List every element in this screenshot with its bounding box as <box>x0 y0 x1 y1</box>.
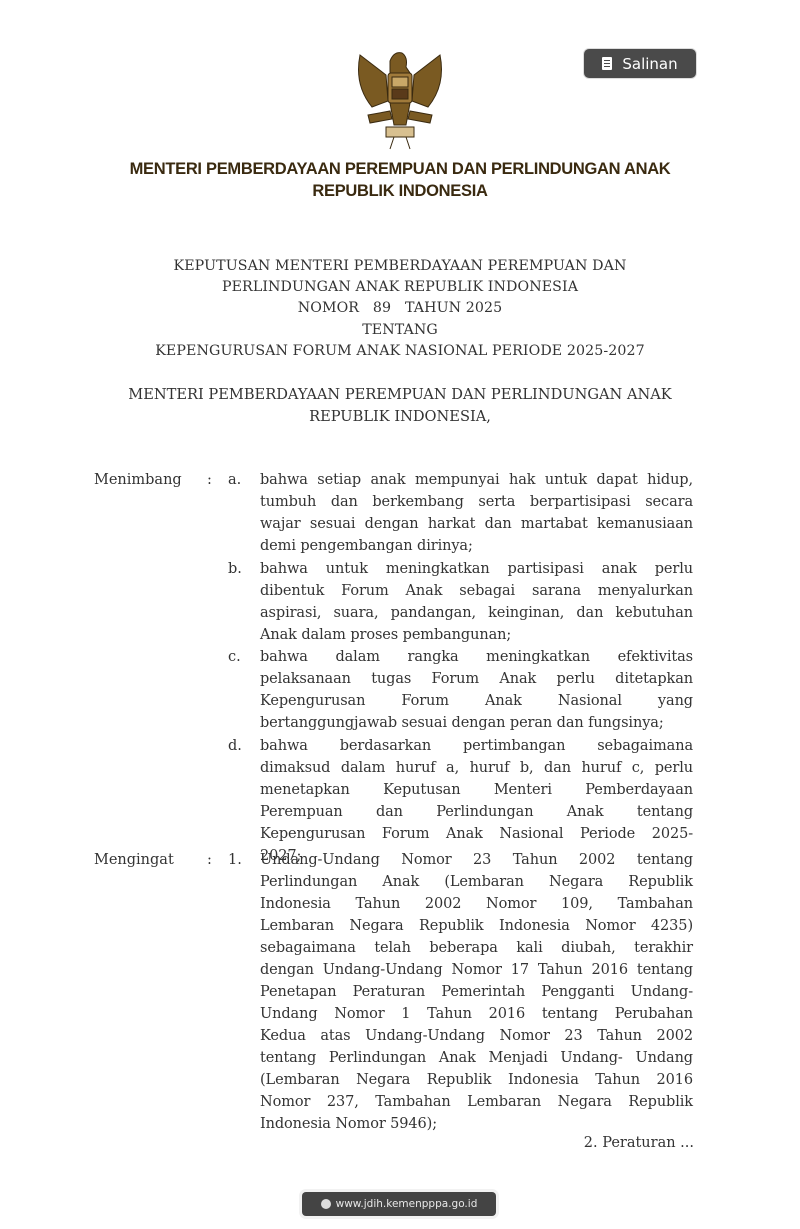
menimbang-item-marker: c. <box>228 649 241 665</box>
menimbang-item-text: bahwa berdasarkan pertimbangan sebagaima… <box>260 735 693 867</box>
text-line: tentang Perlindungan Anak Menjadi Undang… <box>260 1047 693 1069</box>
text-line: bertanggungjawab sesuai dengan peran dan… <box>260 712 693 734</box>
menimbang-colon: : <box>207 472 212 488</box>
globe-icon <box>321 1199 331 1209</box>
menimbang-item-text: bahwa untuk meningkatkan partisipasi ana… <box>260 558 693 646</box>
ministry-header-line1: MENTERI PEMBERDAYAAN PEREMPUAN DAN PERLI… <box>0 160 800 179</box>
text-line: tumbuh dan berkembang serta berpartisipa… <box>260 491 693 513</box>
menimbang-item-marker: a. <box>228 472 241 488</box>
text-line: bahwa setiap anak mempunyai hak untuk da… <box>260 469 693 491</box>
text-line: Perempuan dan Perlindungan Anak tentang <box>260 801 693 823</box>
text-line: wajar sesuai dengan harkat dan martabat … <box>260 513 693 535</box>
garuda-emblem-icon <box>350 45 450 153</box>
mengingat-item-text: Undang-Undang Nomor 23 Tahun 2002 tentan… <box>260 849 693 1135</box>
mengingat-item-marker: 1. <box>228 852 242 868</box>
website-url: www.jdih.kemenpppa.go.id <box>336 1198 478 1210</box>
text-line: Anak dalam proses pembangunan; <box>260 624 693 646</box>
title-line: KEPUTUSAN MENTERI PEMBERDAYAAN PEREMPUAN… <box>0 256 800 277</box>
text-line: Penetapan Peraturan Pemerintah Pengganti… <box>260 981 693 1003</box>
text-line: Undang Nomor 1 Tahun 2016 tentang Peruba… <box>260 1003 693 1025</box>
minister-line: REPUBLIK INDONESIA, <box>0 406 800 428</box>
text-line: dimaksud dalam huruf a, huruf b, dan hur… <box>260 757 693 779</box>
text-line: Kepengurusan Forum Anak Nasional yang <box>260 690 693 712</box>
menimbang-item-marker: d. <box>228 738 242 754</box>
title-line: PERLINDUNGAN ANAK REPUBLIK INDONESIA <box>0 277 800 298</box>
text-line: (Lembaran Negara Republik Indonesia Tahu… <box>260 1069 693 1091</box>
text-line: Indonesia Nomor 5946); <box>260 1113 693 1135</box>
decree-subject: KEPENGURUSAN FORUM ANAK NASIONAL PERIODE… <box>0 341 800 362</box>
title-line: TENTANG <box>0 320 800 341</box>
menimbang-label: Menimbang <box>94 472 182 488</box>
text-line: Kedua atas Undang-Undang Nomor 23 Tahun … <box>260 1025 693 1047</box>
text-line: bahwa berdasarkan pertimbangan sebagaima… <box>260 735 693 757</box>
text-line: bahwa dalam rangka meningkatkan efektivi… <box>260 646 693 668</box>
page-continuation: 2. Peraturan ... <box>584 1135 694 1151</box>
text-line: dibentuk Forum Anak sebagai sarana menya… <box>260 580 693 602</box>
mengingat-label: Mengingat <box>94 852 174 868</box>
menimbang-item-text: bahwa dalam rangka meningkatkan efektivi… <box>260 646 693 734</box>
text-line: Kepengurusan Forum Anak Nasional Periode… <box>260 823 693 845</box>
text-line: Nomor 237, Tambahan Lembaran Negara Repu… <box>260 1091 693 1113</box>
text-line: menetapkan Keputusan Menteri Pemberdayaa… <box>260 779 693 801</box>
salinan-badge[interactable]: Salinan <box>584 49 696 78</box>
menimbang-item-marker: b. <box>228 561 242 577</box>
text-line: Perlindungan Anak (Lembaran Negara Repub… <box>260 871 693 893</box>
decree-title: KEPUTUSAN MENTERI PEMBERDAYAAN PEREMPUAN… <box>0 256 800 362</box>
minister-line: MENTERI PEMBERDAYAAN PEREMPUAN DAN PERLI… <box>0 384 800 406</box>
text-line: demi pengembangan dirinya; <box>260 535 693 557</box>
text-line: Lembaran Negara Republik Indonesia Nomor… <box>260 915 693 937</box>
menimbang-item-text: bahwa setiap anak mempunyai hak untuk da… <box>260 469 693 557</box>
text-line: sebagaimana telah beberapa kali diubah, … <box>260 937 693 959</box>
text-line: bahwa untuk meningkatkan partisipasi ana… <box>260 558 693 580</box>
mengingat-colon: : <box>207 852 212 868</box>
text-line: aspirasi, suara, pandangan, keinginan, d… <box>260 602 693 624</box>
text-line: Indonesia Tahun 2002 Nomor 109, Tambahan <box>260 893 693 915</box>
ministry-header-line2: REPUBLIK INDONESIA <box>0 182 800 201</box>
minister-heading: MENTERI PEMBERDAYAAN PEREMPUAN DAN PERLI… <box>0 384 800 427</box>
text-line: dengan Undang-Undang Nomor 17 Tahun 2016… <box>260 959 693 981</box>
decree-number: NOMOR 89 TAHUN 2025 <box>0 298 800 319</box>
text-line: pelaksanaan tugas Forum Anak perlu ditet… <box>260 668 693 690</box>
salinan-label: Salinan <box>622 55 677 73</box>
document-icon <box>602 57 612 70</box>
website-link[interactable]: www.jdih.kemenpppa.go.id <box>302 1192 496 1216</box>
text-line: Undang-Undang Nomor 23 Tahun 2002 tentan… <box>260 849 693 871</box>
